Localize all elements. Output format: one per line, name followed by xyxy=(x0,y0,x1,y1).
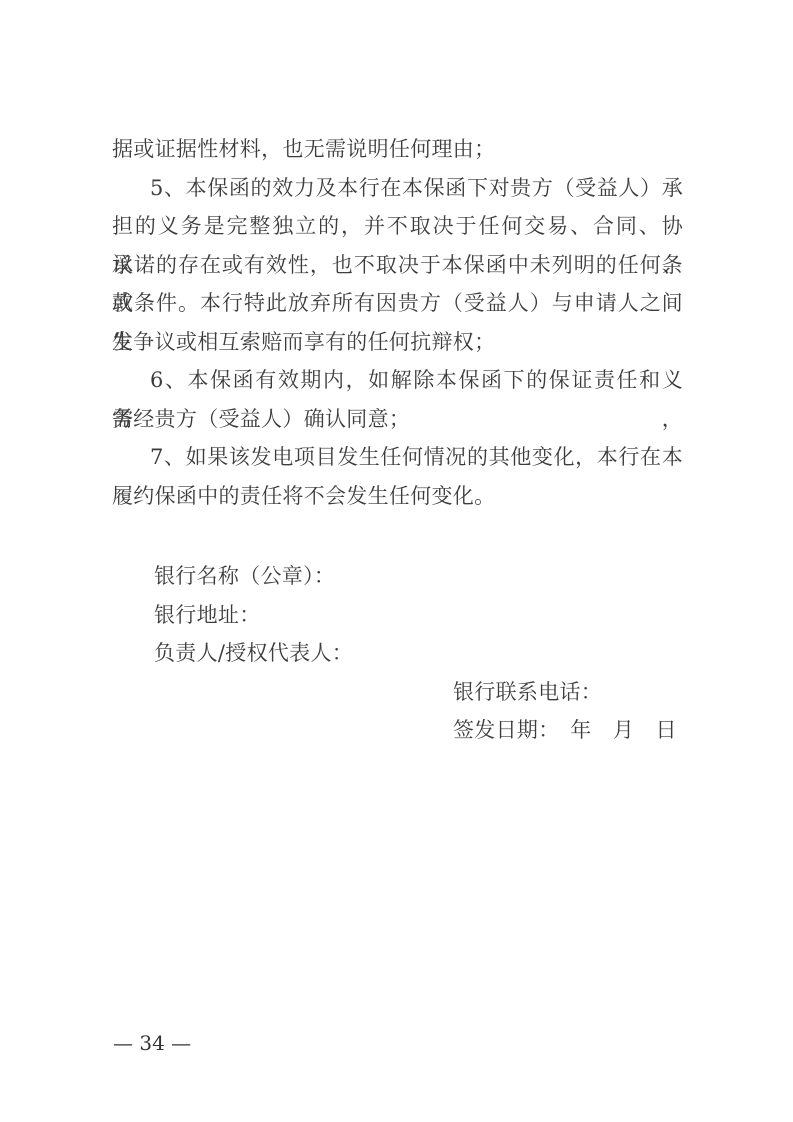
text-line: 据或证据性材料，也无需说明任何理由； xyxy=(112,130,683,169)
signature-line: 负责人/授权代表人： xyxy=(154,634,683,673)
body-text: 据或证据性材料，也无需说明任何理由；5、本保函的效力及本行在本保函下对贵方（受益… xyxy=(112,130,683,515)
signature-line: 银行名称（公章）： xyxy=(154,557,683,596)
signature-block: 银行名称（公章）：银行地址：负责人/授权代表人：银行联系电话：签发日期： 年 月… xyxy=(112,557,683,750)
signature-line: 银行联系电话： xyxy=(453,673,683,712)
document-page: 据或证据性材料，也无需说明任何理由；5、本保函的效力及本行在本保函下对贵方（受益… xyxy=(0,0,793,1122)
text-line: 生争议或相互索赔而享有的任何抗辩权； xyxy=(112,323,683,362)
signature-line: 银行地址： xyxy=(154,596,683,635)
text-line: 7、如果该发电项目发生任何情况的其他变化，本行在本 xyxy=(112,438,683,477)
text-line: 6、本保函有效期内，如解除本保函下的保证责任和义务， xyxy=(112,361,683,400)
text-line: 5、本保函的效力及本行在本保函下对贵方（受益人）承 xyxy=(112,169,683,208)
text-line: 担的义务是完整独立的，并不取决于任何交易、合同、协议、 xyxy=(112,207,683,246)
signature-line: 签发日期： 年 月 日 xyxy=(453,711,683,750)
page-number: — 34 — xyxy=(113,1028,191,1058)
text-line: 或条件。本行特此放弃所有因贵方（受益人）与申请人之间发 xyxy=(112,284,683,323)
text-line: 承诺的存在或有效性，也不取决于本保函中未列明的任何条款 xyxy=(112,246,683,285)
text-line: 履约保函中的责任将不会发生任何变化。 xyxy=(112,477,683,516)
